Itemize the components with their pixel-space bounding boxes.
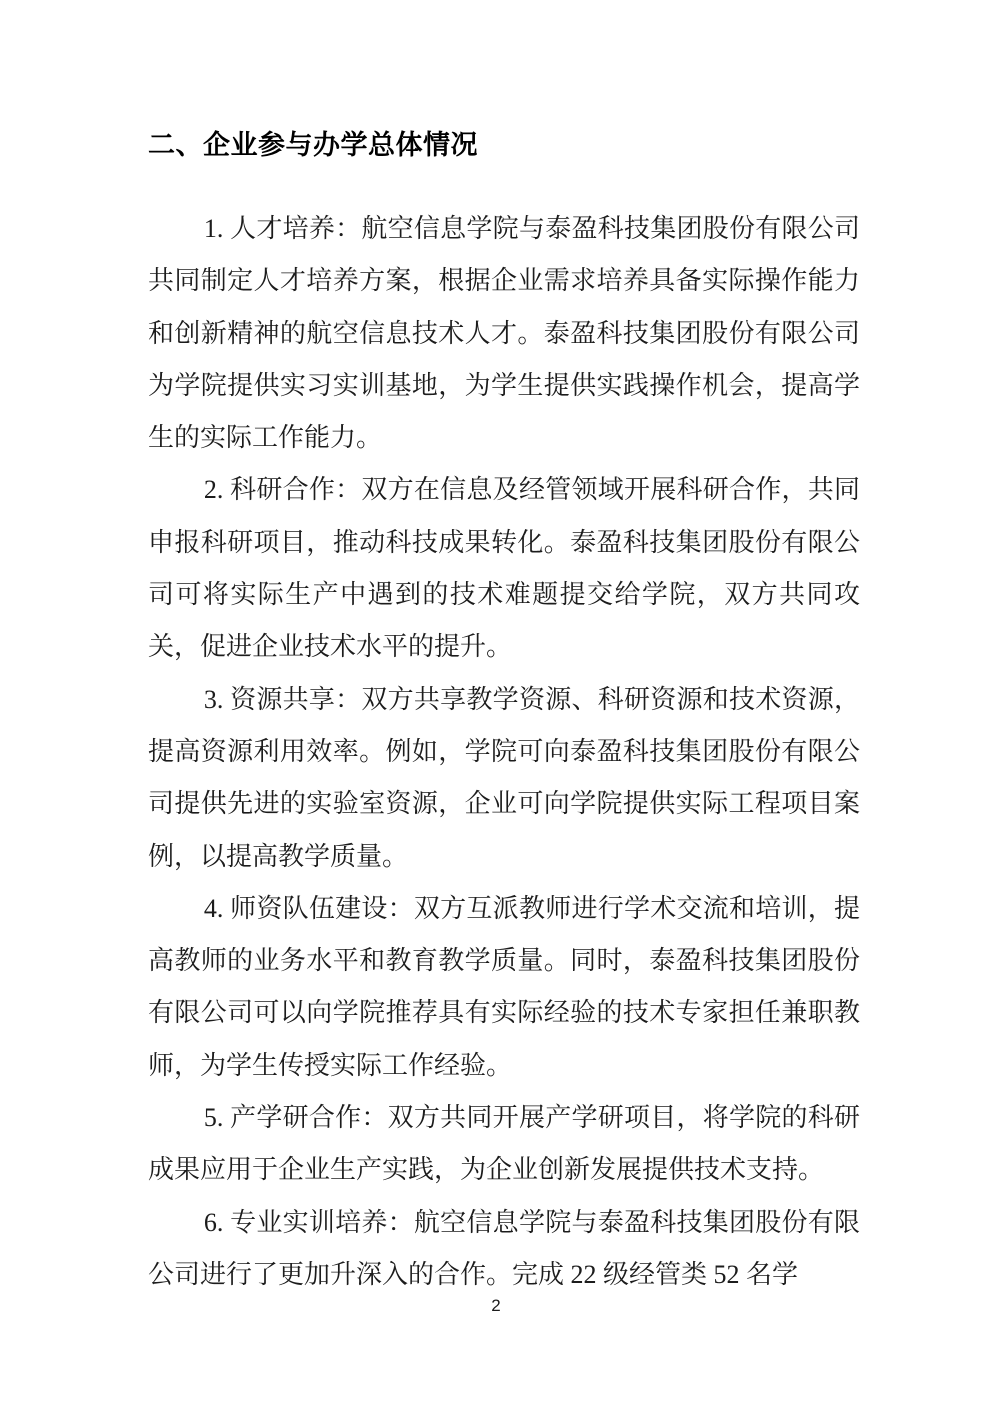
document-page: 二、企业参与办学总体情况 1. 人才培养：航空信息学院与泰盈科技集团股份有限公司…: [0, 0, 992, 1403]
paragraph-2: 2. 科研合作：双方在信息及经管领域开展科研合作，共同申报科研项目，推动科技成果…: [148, 464, 860, 673]
paragraph-1: 1. 人才培养：航空信息学院与泰盈科技集团股份有限公司共同制定人才培养方案，根据…: [148, 203, 860, 464]
page-number: 2: [491, 1296, 500, 1315]
paragraph-6: 6. 专业实训培养：航空信息学院与泰盈科技集团股份有限公司进行了更加升深入的合作…: [148, 1197, 860, 1302]
page-footer: 2: [0, 1296, 992, 1316]
document-body: 1. 人才培养：航空信息学院与泰盈科技集团股份有限公司共同制定人才培养方案，根据…: [148, 203, 860, 1301]
paragraph-3: 3. 资源共享：双方共享教学资源、科研资源和技术资源，提高资源利用效率。例如，学…: [148, 674, 860, 883]
section-heading: 二、企业参与办学总体情况: [148, 128, 860, 162]
paragraph-5: 5. 产学研合作：双方共同开展产学研项目，将学院的科研成果应用于企业生产实践，为…: [148, 1092, 860, 1197]
paragraph-4: 4. 师资队伍建设：双方互派教师进行学术交流和培训，提高教师的业务水平和教育教学…: [148, 883, 860, 1092]
